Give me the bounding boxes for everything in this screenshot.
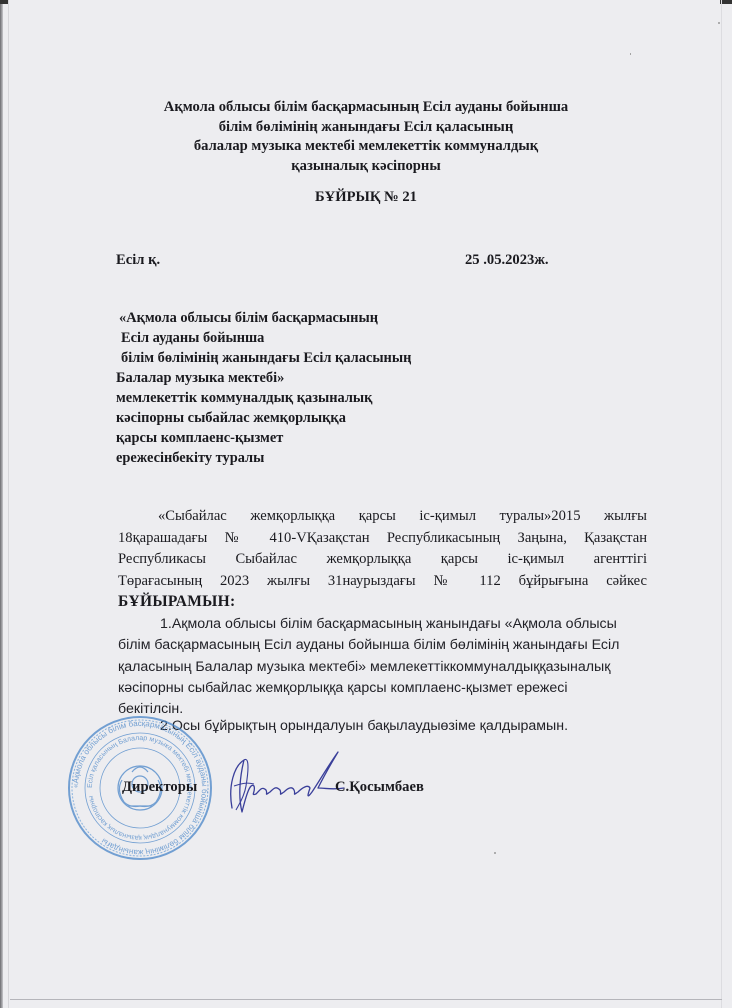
header-line: Ақмола облысы білім басқармасының Есіл а… <box>0 98 732 118</box>
subject-line: Балалар музыка мектебі» <box>116 368 411 388</box>
order-item-1: 1.Ақмола облысы білім басқармасының жаны… <box>118 614 658 720</box>
scan-speck <box>630 53 631 55</box>
header-line: қазыналық кәсіпорны <box>0 157 732 177</box>
scan-speck <box>718 22 720 24</box>
subject-line: білім бөлімінің жанындағы Есіл қаласының <box>119 348 411 368</box>
scan-corner <box>0 0 8 4</box>
order-subject: «Ақмола облысы білім басқармасының Есіл … <box>119 308 411 468</box>
preamble-line: Республикасы Сыбайлас жемқорлыққа қарсы … <box>118 549 647 571</box>
signatory-title: Директоры <box>122 779 197 796</box>
item-line: қаласының Балалар музыка мектебі» мемлек… <box>118 657 658 678</box>
scanned-document-page: Ақмола облысы білім басқармасының Есіл а… <box>0 0 732 1008</box>
subject-line: мемлекеттік коммуналдық қазыналық <box>116 388 411 408</box>
order-title: БҰЙРЫҚ № 21 <box>0 189 732 206</box>
scan-edge-bottom <box>10 999 722 1000</box>
subject-line: ережесінбекіту туралы <box>116 448 411 468</box>
subject-line: «Ақмола облысы білім басқармасының <box>119 308 411 328</box>
item-line: кәсіпорны сыбайлас жемқорлыққа қарсы ком… <box>118 678 658 699</box>
header-line: білім бөлімінің жанындағы Есіл қаласының <box>0 118 732 138</box>
subject-line: кәсіпорны сыбайлас жемқорлыққа <box>116 408 411 428</box>
header-line: балалар музыка мектебі мемлекеттік комму… <box>0 137 732 157</box>
signatory-name: С.Қосымбаев <box>335 779 424 796</box>
item-line: 1.Ақмола облысы білім басқармасының жаны… <box>118 614 658 635</box>
preamble-line: Төрағасының 2023 жылғы 31наурыздағы № 11… <box>118 571 647 593</box>
order-item-2: 2.Осы бұйрықтың орындалуын бақылаудыөзім… <box>160 718 568 734</box>
subject-line: Есіл ауданы бойынша <box>119 328 411 348</box>
scan-speck <box>494 852 496 854</box>
resolve-heading: БҰЙЫРАМЫН: <box>118 593 235 611</box>
preamble-line: «Сыбайлас жемқорлыққа қарсы іс-қимыл тур… <box>118 506 647 528</box>
preamble-line: 18қарашадағы № 410-VҚазақстан Республика… <box>118 528 647 550</box>
city-label: Есіл қ. <box>116 252 160 269</box>
subject-line: қарсы комплаенс-қызмет <box>116 428 411 448</box>
preamble-paragraph: «Сыбайлас жемқорлыққа қарсы іс-қимыл тур… <box>118 506 647 592</box>
organization-header: Ақмола облысы білім басқармасының Есіл а… <box>0 98 732 176</box>
item-line: білім басқармасының Есіл ауданы бойынша … <box>118 635 658 656</box>
handwritten-signature-icon <box>220 746 350 820</box>
order-date: 25 .05.2023ж. <box>465 252 549 269</box>
